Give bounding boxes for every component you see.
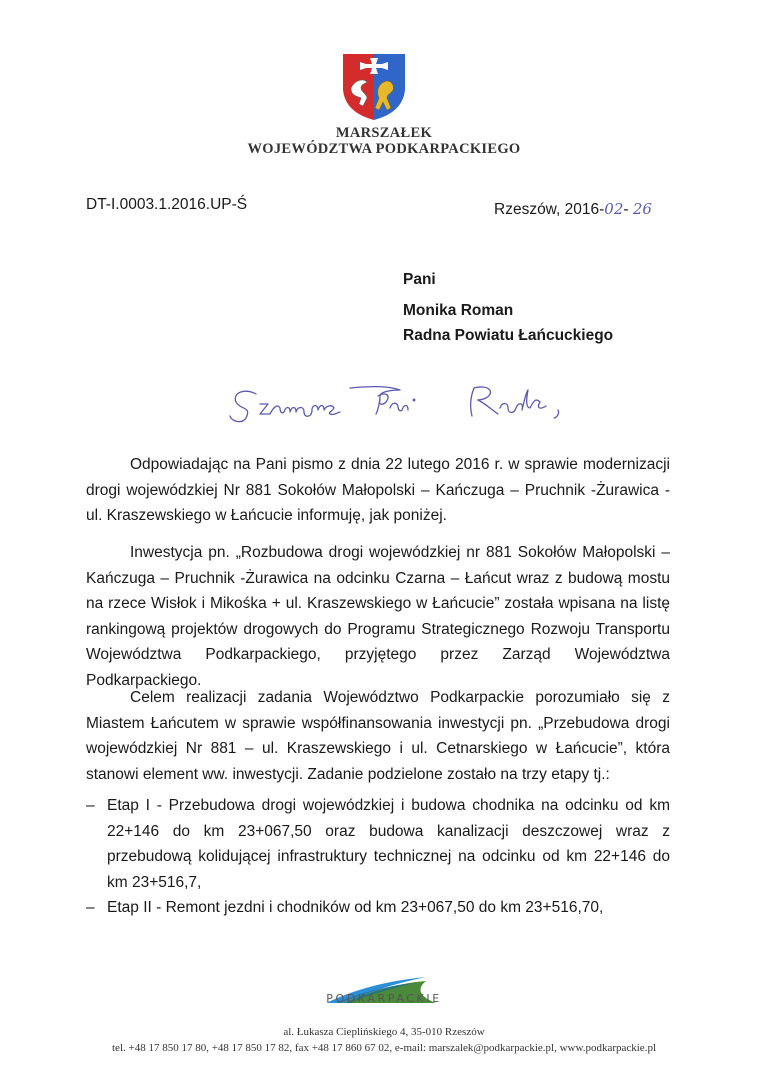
list-item: – Etap I - Przebudowa drogi wojewódzkiej… bbox=[86, 793, 670, 895]
date-separator: - bbox=[623, 201, 632, 218]
list-item-text: Etap I - Przebudowa drogi wojewódzkiej i… bbox=[107, 797, 670, 891]
recipient-title: Pani bbox=[403, 271, 436, 289]
dash-bullet: – bbox=[86, 793, 95, 819]
date-month-handwritten: 02 bbox=[604, 200, 623, 218]
recipient-name: Monika Roman bbox=[403, 302, 513, 320]
date-prefix: Rzeszów, 2016- bbox=[494, 201, 604, 218]
date-day-handwritten: 26 bbox=[633, 200, 652, 218]
document-reference: DT-I.0003.1.2016.UP-Ś bbox=[86, 196, 247, 214]
footer-address: al. Łukasza Cieplińskiego 4, 35-010 Rzes… bbox=[0, 1026, 768, 1038]
stages-list: – Etap I - Przebudowa drogi wojewódzkiej… bbox=[86, 793, 670, 921]
list-item: – Etap II - Remont jezdni i chodników od… bbox=[86, 895, 670, 921]
document-date: Rzeszów, 2016-02- 26 bbox=[494, 200, 652, 219]
podkarpackie-logo-icon bbox=[296, 965, 460, 1015]
footer-contact: tel. +48 17 850 17 80, +48 17 850 17 82,… bbox=[0, 1042, 768, 1054]
letter-page: MARSZAŁEK WOJEWÓDZTWA PODKARPACKIEGO DT-… bbox=[0, 0, 768, 1086]
handwritten-salutation: Szanowna Pani Radna, bbox=[228, 374, 618, 424]
dash-bullet: – bbox=[86, 895, 95, 921]
logo-wordmark: PODKARPACKIE bbox=[0, 992, 768, 1005]
org-title-line1: MARSZAŁEK bbox=[0, 125, 768, 142]
recipient-position: Radna Powiatu Łańcuckiego bbox=[403, 327, 613, 345]
paragraph-2: Inwestycja pn. „Rozbudowa drogi wojewódz… bbox=[86, 540, 670, 694]
paragraph-3: Celem realizacji zadania Województwo Pod… bbox=[86, 685, 670, 787]
paragraph-1: Odpowiadając na Pani pismo z dnia 22 lut… bbox=[86, 452, 670, 529]
org-title-line2: WOJEWÓDZTWA PODKARPACKIEGO bbox=[0, 141, 768, 158]
list-item-text: Etap II - Remont jezdni i chodników od k… bbox=[107, 899, 603, 916]
coat-of-arms-icon bbox=[341, 52, 407, 122]
